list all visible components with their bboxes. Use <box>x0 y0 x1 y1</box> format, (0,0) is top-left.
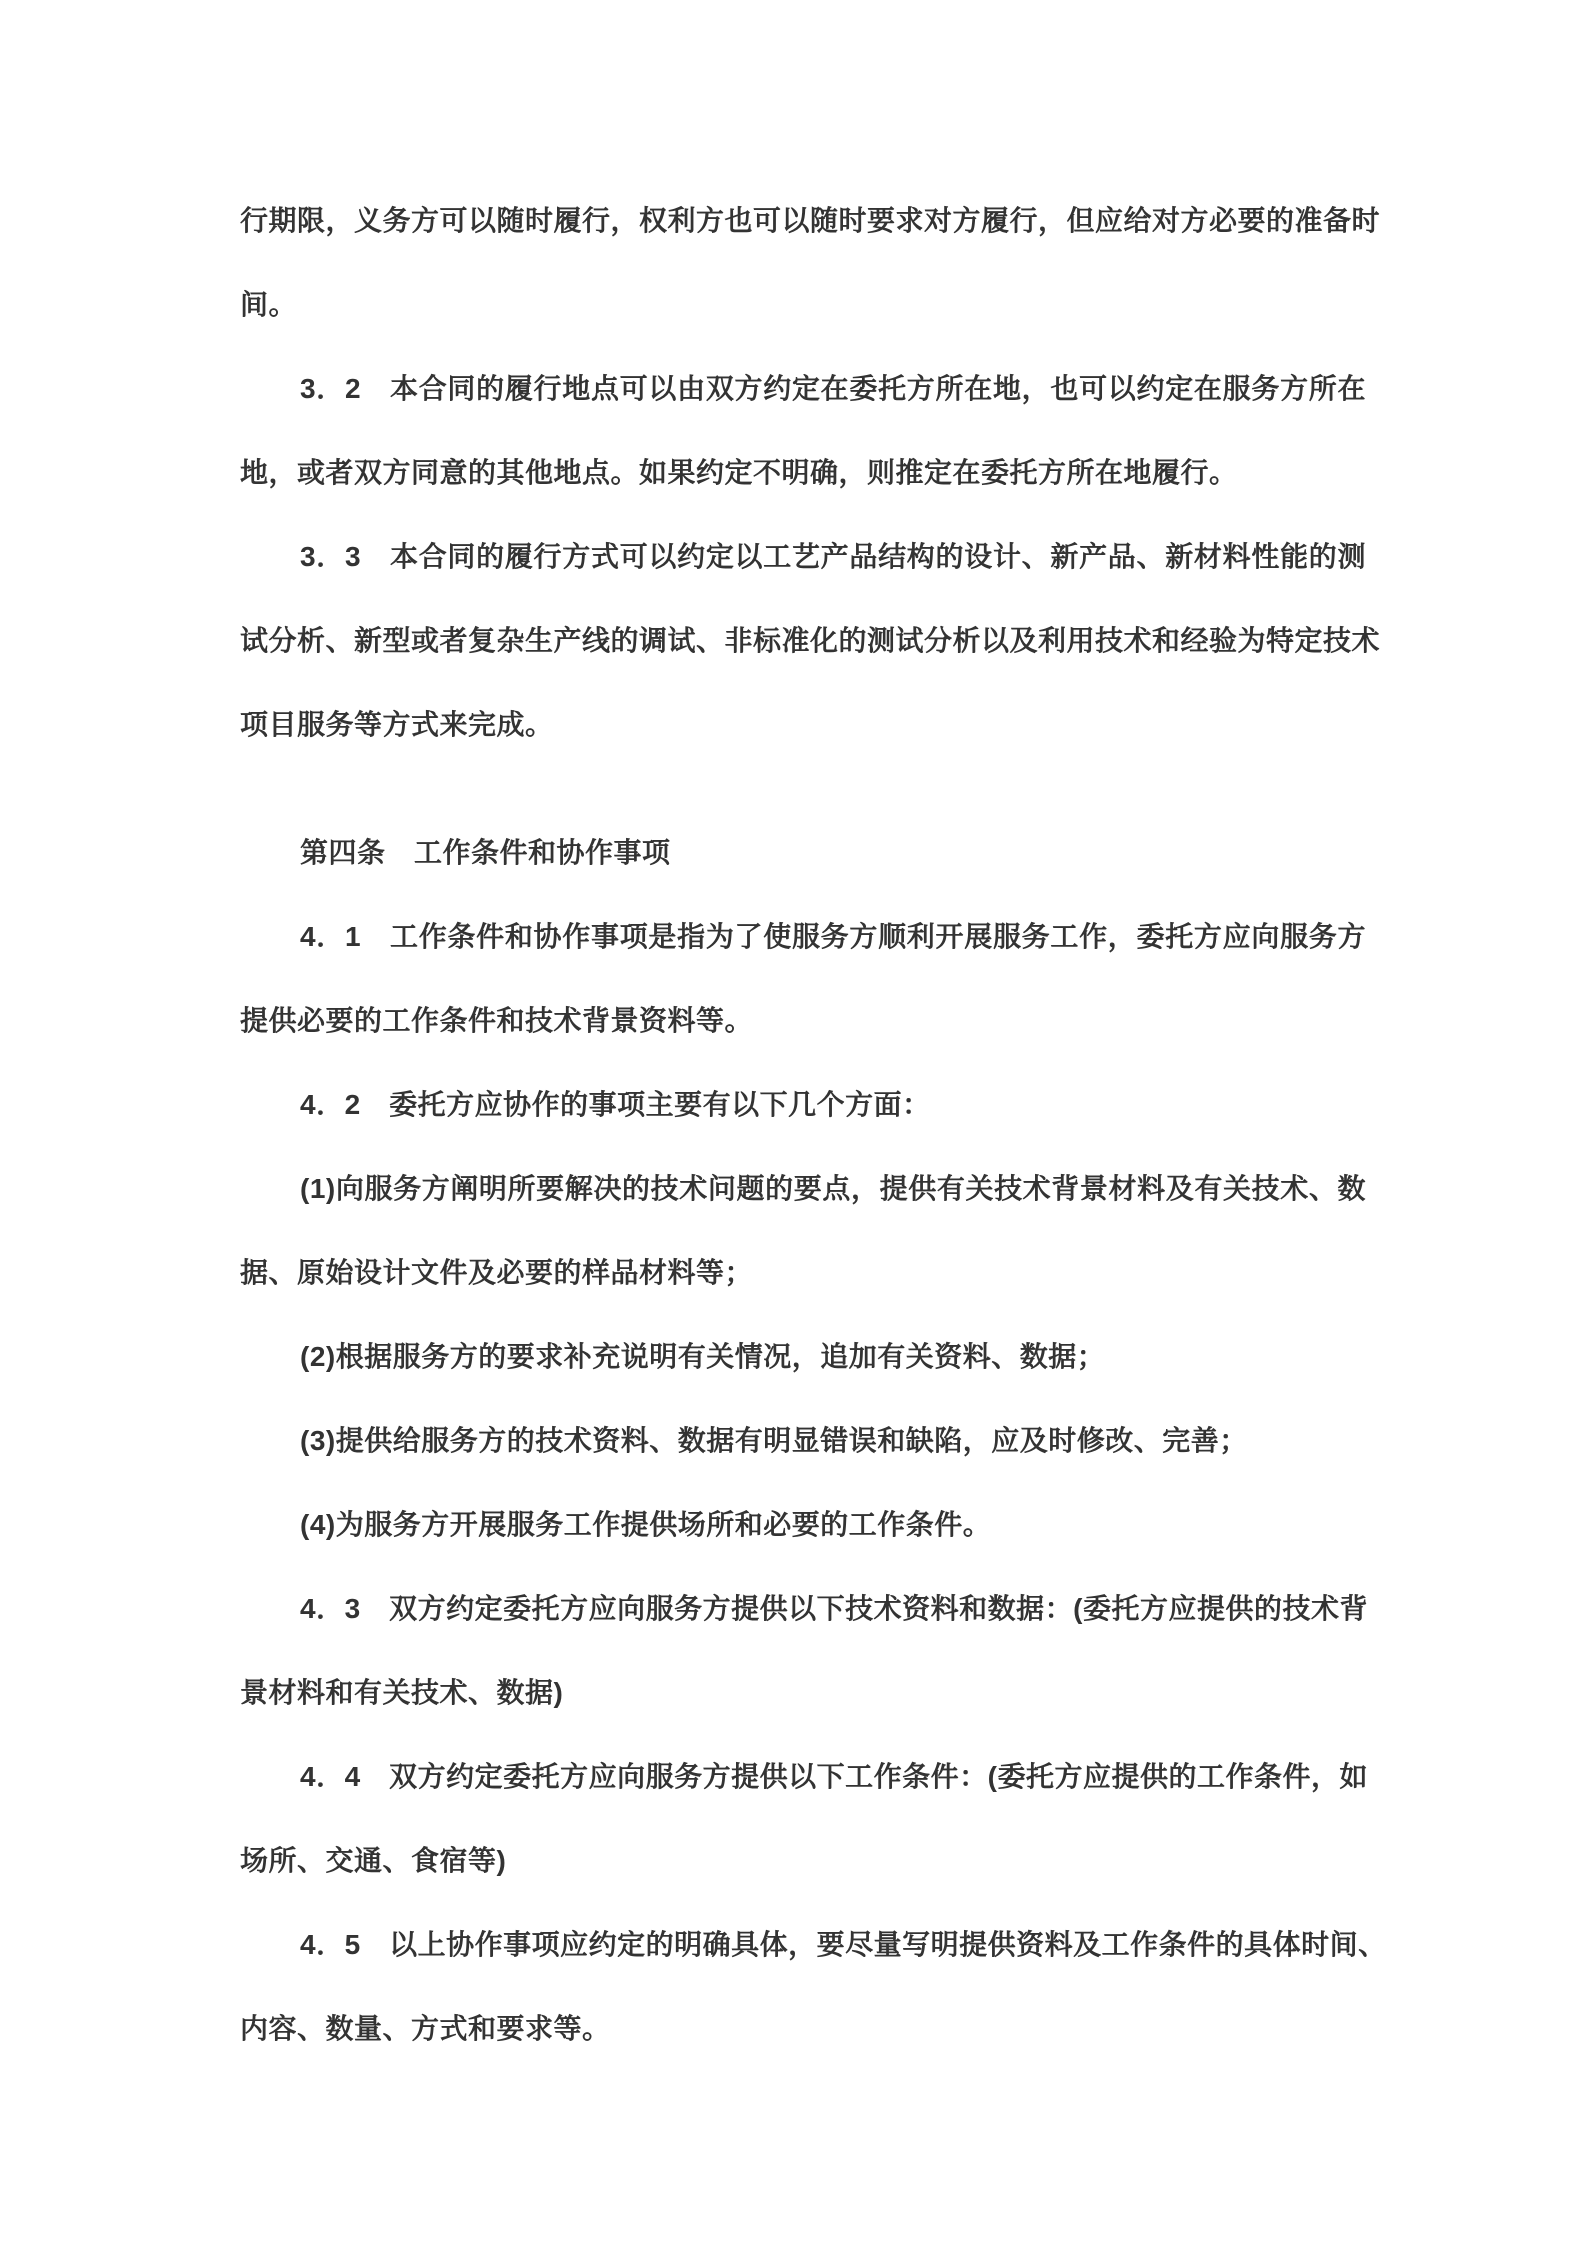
para-3-2: 3．2 本合同的履行地点可以由双方约定在委托方所在地，也可以约定在服务方所在地，… <box>240 347 1366 515</box>
para-4-2-item-4: (4)为服务方开展服务工作提供场所和必要的工作条件。 <box>240 1483 1366 1567</box>
text-line: 据、原始设计文件及必要的样品材料等； <box>240 1231 1366 1315</box>
para-4-2-item-1: (1)向服务方阐明所要解决的技术问题的要点，提供有关技术背景材料及有关技术、数据… <box>240 1147 1366 1315</box>
document-body: 行期限，义务方可以随时履行，权利方也可以随时要求对方履行，但应给对方必要的准备时… <box>0 0 1586 2151</box>
para-3-3: 3．3 本合同的履行方式可以约定以工艺产品结构的设计、新产品、新材料性能的测试分… <box>240 515 1366 767</box>
text-line: 4．2 委托方应协作的事项主要有以下几个方面： <box>300 1063 1366 1147</box>
text-line: 提供必要的工作条件和技术背景资料等。 <box>240 979 1366 1063</box>
text-line: 第四条 工作条件和协作事项 <box>300 811 1366 895</box>
para-4-1: 4．1 工作条件和协作事项是指为了使服务方顺利开展服务工作，委托方应向服务方提供… <box>240 895 1366 1063</box>
text-line: 4．3 双方约定委托方应向服务方提供以下技术资料和数据：(委托方应提供的技术背 <box>300 1567 1366 1651</box>
para-4-3: 4．3 双方约定委托方应向服务方提供以下技术资料和数据：(委托方应提供的技术背景… <box>240 1567 1366 1735</box>
text-line: 试分析、新型或者复杂生产线的调试、非标准化的测试分析以及利用技术和经验为特定技术 <box>240 599 1366 683</box>
text-line: (4)为服务方开展服务工作提供场所和必要的工作条件。 <box>300 1483 1366 1567</box>
para-3-1-continuation: 行期限，义务方可以随时履行，权利方也可以随时要求对方履行，但应给对方必要的准备时… <box>240 179 1366 347</box>
document-page: 行期限，义务方可以随时履行，权利方也可以随时要求对方履行，但应给对方必要的准备时… <box>0 0 1586 2244</box>
text-line: (3)提供给服务方的技术资料、数据有明显错误和缺陷，应及时修改、完善； <box>300 1399 1366 1483</box>
text-line: 地，或者双方同意的其他地点。如果约定不明确，则推定在委托方所在地履行。 <box>240 431 1366 515</box>
para-4-2-item-3: (3)提供给服务方的技术资料、数据有明显错误和缺陷，应及时修改、完善； <box>240 1399 1366 1483</box>
text-line: (2)根据服务方的要求补充说明有关情况，追加有关资料、数据； <box>300 1315 1366 1399</box>
text-line: 景材料和有关技术、数据) <box>240 1651 1366 1735</box>
para-4-2: 4．2 委托方应协作的事项主要有以下几个方面： <box>240 1063 1366 1147</box>
text-line: 内容、数量、方式和要求等。 <box>240 1987 1366 2071</box>
text-line: 4．4 双方约定委托方应向服务方提供以下工作条件：(委托方应提供的工作条件，如 <box>300 1735 1366 1819</box>
text-line: 4．5 以上协作事项应约定的明确具体，要尽量写明提供资料及工作条件的具体时间、 <box>300 1903 1366 1987</box>
text-line: 场所、交通、食宿等) <box>240 1819 1366 1903</box>
text-line: 3．3 本合同的履行方式可以约定以工艺产品结构的设计、新产品、新材料性能的测 <box>300 515 1366 599</box>
para-4-5: 4．5 以上协作事项应约定的明确具体，要尽量写明提供资料及工作条件的具体时间、内… <box>240 1903 1366 2071</box>
text-line: 行期限，义务方可以随时履行，权利方也可以随时要求对方履行，但应给对方必要的准备时 <box>240 179 1366 263</box>
para-4-4: 4．4 双方约定委托方应向服务方提供以下工作条件：(委托方应提供的工作条件，如场… <box>240 1735 1366 1903</box>
text-line: (1)向服务方阐明所要解决的技术问题的要点，提供有关技术背景材料及有关技术、数 <box>300 1147 1366 1231</box>
text-line: 3．2 本合同的履行地点可以由双方约定在委托方所在地，也可以约定在服务方所在 <box>300 347 1366 431</box>
para-4-2-item-2: (2)根据服务方的要求补充说明有关情况，追加有关资料、数据； <box>240 1315 1366 1399</box>
heading-article-4: 第四条 工作条件和协作事项 <box>240 811 1366 895</box>
text-line: 4．1 工作条件和协作事项是指为了使服务方顺利开展服务工作，委托方应向服务方 <box>300 895 1366 979</box>
text-line: 间。 <box>240 263 1366 347</box>
text-line: 项目服务等方式来完成。 <box>240 683 1366 767</box>
